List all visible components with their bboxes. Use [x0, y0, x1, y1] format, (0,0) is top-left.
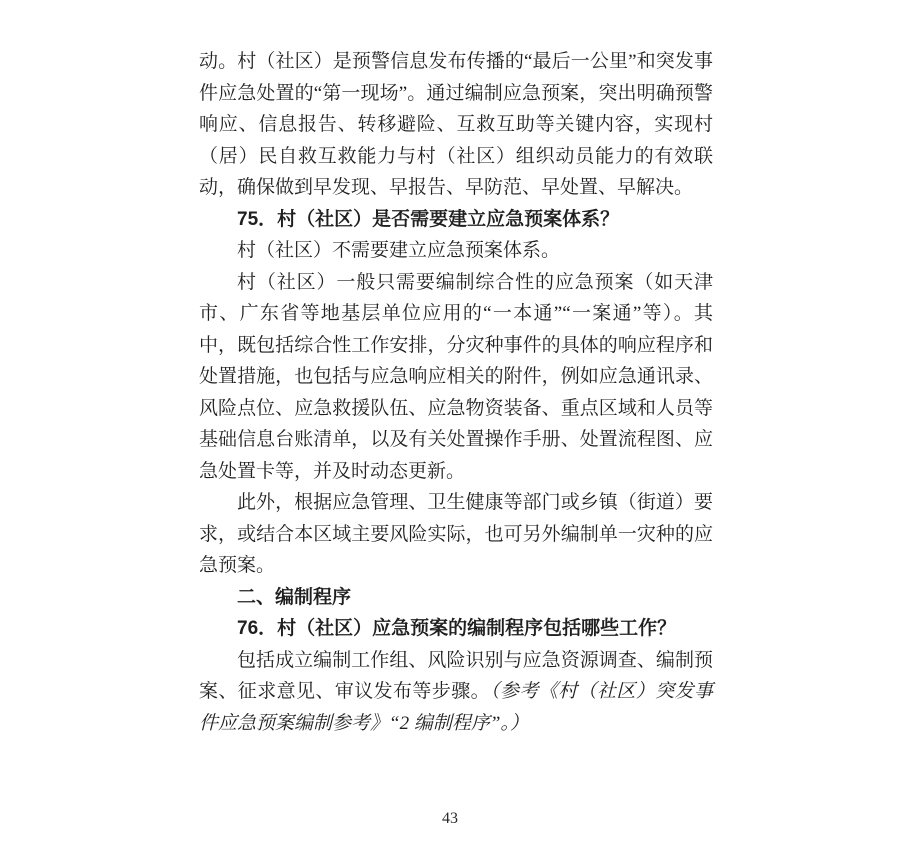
paragraph-answer-75-additional: 此外，根据应急管理、卫生健康等部门或乡镇（街道）要求，或结合本区域主要风险实际，…: [199, 487, 713, 582]
question-75-heading: 75．村（社区）是否需要建立应急预案体系？: [199, 204, 713, 236]
paragraph-answer-75-detail: 村（社区）一般只需要编制综合性的应急预案（如天津市、广东省等地基层单位应用的“一…: [199, 267, 713, 488]
page-number: 43: [0, 810, 900, 828]
paragraph-answer-75-short: 村（社区）不需要建立应急预案体系。: [199, 235, 713, 267]
paragraph-answer-76: 包括成立编制工作组、风险识别与应急资源调查、编制预案、征求意见、审议发布等步骤。…: [199, 645, 713, 740]
section-heading-2: 二、编制程序: [199, 582, 713, 614]
paragraph-continuation: 动。村（社区）是预警信息发布传播的“最后一公里”和突发事件应急处置的“第一现场”…: [199, 46, 713, 204]
text-block: 动。村（社区）是预警信息发布传播的“最后一公里”和突发事件应急处置的“第一现场”…: [199, 46, 713, 739]
document-page: 动。村（社区）是预警信息发布传播的“最后一公里”和突发事件应急处置的“第一现场”…: [0, 0, 900, 855]
question-76-heading: 76．村（社区）应急预案的编制程序包括哪些工作？: [199, 613, 713, 645]
